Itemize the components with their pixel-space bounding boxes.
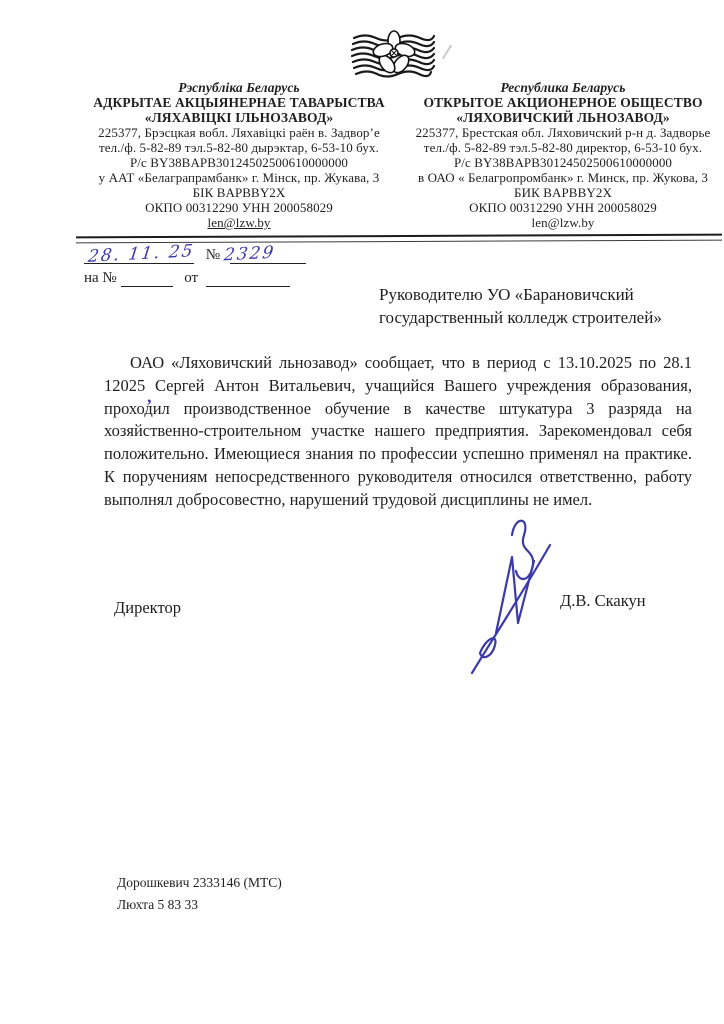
contacts-block: Дорошкевич 2333146 (МТС) Люхта 5 83 33	[117, 872, 282, 916]
handwritten-signature	[450, 505, 570, 680]
email-right: len@lzw.by	[531, 215, 594, 230]
from-label: от	[184, 270, 198, 287]
recipient-block: Руководителю УО «Барановичский государст…	[379, 283, 709, 329]
contact-line-2: Люхта 5 83 33	[117, 894, 282, 916]
company-name-ru: «ЛЯХОВИЧСКИЙ ЛЬНОЗАВОД»	[402, 110, 724, 125]
signer-name: Д.В. Скакун	[560, 591, 646, 611]
letterhead-belarusian: Рэспубліка Беларусь АДКРЫТАЕ АКЦЫЯНЕРНАЕ…	[78, 80, 400, 230]
country-name-by: Рэспубліка Беларусь	[78, 80, 400, 95]
account-ru: Р/с BY38BAPB30124502500610000000	[402, 155, 724, 170]
phones-by: тел./ф. 5-82-89 тэл.5-82-80 дырэктар, 6-…	[78, 140, 400, 155]
signer-position: Директор	[114, 598, 181, 618]
on-number-label: на №	[84, 270, 117, 287]
scan-mark	[442, 45, 452, 60]
reply-reference-row: на № от	[84, 269, 306, 292]
okpo-unn-ru: ОКПО 00312290 УНН 200058029	[402, 200, 724, 215]
address-by: 225377, Брэсцкая вобл. Ляхавіцкі раён в.…	[78, 125, 400, 140]
country-name-ru: Республика Беларусь	[402, 80, 724, 95]
company-name-by: «ЛЯХАВІЦКІ ІЛЬНОЗАВОД»	[78, 110, 400, 125]
flax-flower-flag-logo	[348, 28, 440, 78]
contact-line-1: Дорошкевич 2333146 (МТС)	[117, 872, 282, 894]
date-number-row: 28. 11. 25 № 2329	[84, 246, 306, 269]
company-type-ru: ОТКРЫТОЕ АКЦИОНЕРНОЕ ОБЩЕСТВО	[402, 95, 724, 110]
pen-correction-mark: ,	[147, 386, 152, 407]
recipient-line-1: Руководителю УО «Барановичский	[379, 283, 709, 306]
company-type-by: АДКРЫТАЕ АКЦЫЯНЕРНАЕ ТАВАРЫСТВА	[78, 95, 400, 110]
bank-ru: в ОАО « Белагропромбанк» г. Минск, пр. Ж…	[402, 170, 724, 185]
phones-ru: тел./ф. 5-82-89 тэл.5-82-80 директор, 6-…	[402, 140, 724, 155]
letter-number-handwritten: 2329	[223, 243, 277, 266]
from-blank-line	[206, 269, 290, 287]
number-sign-label: №	[206, 247, 220, 264]
address-ru: 225377, Брестская обл. Ляховичский р-н д…	[402, 125, 724, 140]
reference-block: 28. 11. 25 № 2329 на № от	[84, 246, 306, 292]
on-number-blank-line	[121, 269, 173, 287]
bank-by: у ААТ «Белаграпрамбанк» г. Мінск, пр. Жу…	[78, 170, 400, 185]
body-paragraph: ОАО «Ляховичский льнозавод» сообщает, чт…	[104, 352, 692, 512]
scanned-letter-page: Рэспубліка Беларусь АДКРЫТАЕ АКЦЫЯНЕРНАЕ…	[0, 0, 724, 1024]
recipient-line-2: государственный колледж строителей»	[379, 306, 709, 329]
letterhead-russian: Республика Беларусь ОТКРЫТОЕ АКЦИОНЕРНОЕ…	[402, 80, 724, 230]
bik-by: БІК BAPBBY2X	[78, 185, 400, 200]
email-left: len@lzw.by	[207, 215, 270, 230]
account-by: Р/с BY38BAPB30124502500610000000	[78, 155, 400, 170]
bik-ru: БИК BAPBBY2X	[402, 185, 724, 200]
okpo-unn-by: ОКПО 00312290 УНН 200058029	[78, 200, 400, 215]
